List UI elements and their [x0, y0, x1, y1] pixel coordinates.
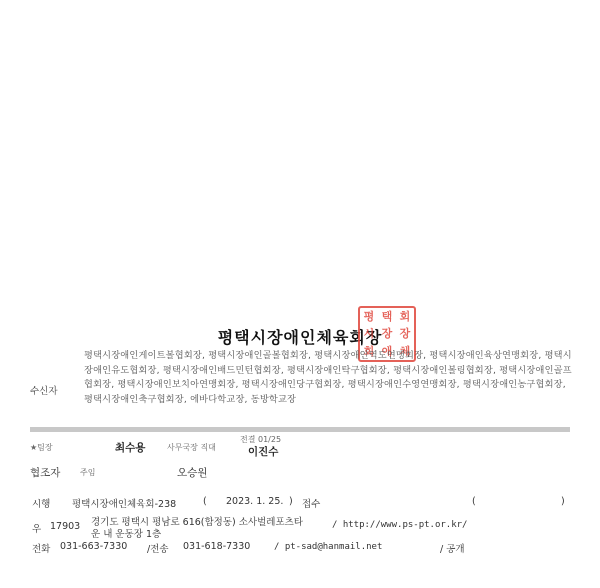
receipt-label: 접수 [302, 496, 320, 510]
approver-role-director: 사무국장 직대 [167, 442, 216, 453]
cooperator-label: 협조자 [30, 465, 60, 480]
recipients-list: 평택시장애인게이트볼협회장, 평택시장애인골볼협회장, 평택시장애인역도연맹회장… [84, 349, 574, 407]
stamp-char: 택 [378, 308, 396, 325]
fax-label: /전송 [147, 541, 169, 555]
recipients-label: 수신자 [30, 383, 58, 397]
address-line-2: 운 내 운동장 1층 [91, 526, 161, 540]
cooperator-name: 오승원 [177, 465, 207, 480]
date-open-paren: ( [203, 496, 207, 507]
website-link[interactable]: / http://www.ps-pt.or.kr/ [332, 520, 467, 530]
document-title: 평택시장애인체육회장 [0, 325, 600, 348]
postal-label: 우 [32, 521, 41, 535]
receipt-close-paren: ) [561, 496, 565, 507]
stamp-char: 평 [360, 308, 378, 325]
fax-number: 031-618-7330 [183, 541, 250, 552]
phone-number: 031-663-7330 [60, 541, 127, 552]
approver-name-director: 이진수 [248, 444, 278, 459]
stamp-char: 시 [360, 325, 378, 342]
postal-code: 17903 [50, 521, 80, 532]
document-number: 평택시장애인체육회-238 [72, 496, 176, 510]
stamp-char: 회 [396, 308, 414, 325]
disclosure-status: / 공개 [440, 541, 465, 555]
approver-role-team-lead: ★팀장 [30, 442, 53, 453]
phone-label: 전화 [32, 541, 50, 555]
stamp-char: 장 [378, 325, 396, 342]
date-close-paren: ) [289, 496, 293, 507]
enforcement-date: 2023. 1. 25. [226, 496, 283, 507]
stamp-char: 장 [396, 325, 414, 342]
cooperator-role: 주임 [80, 467, 95, 478]
enforcement-label: 시행 [32, 496, 50, 510]
receipt-open-paren: ( [472, 496, 476, 507]
email-link[interactable]: / pt-sad@hanmail.net [274, 542, 382, 552]
section-divider [30, 427, 570, 432]
approver-name-team-lead: 최수용 [115, 440, 145, 455]
